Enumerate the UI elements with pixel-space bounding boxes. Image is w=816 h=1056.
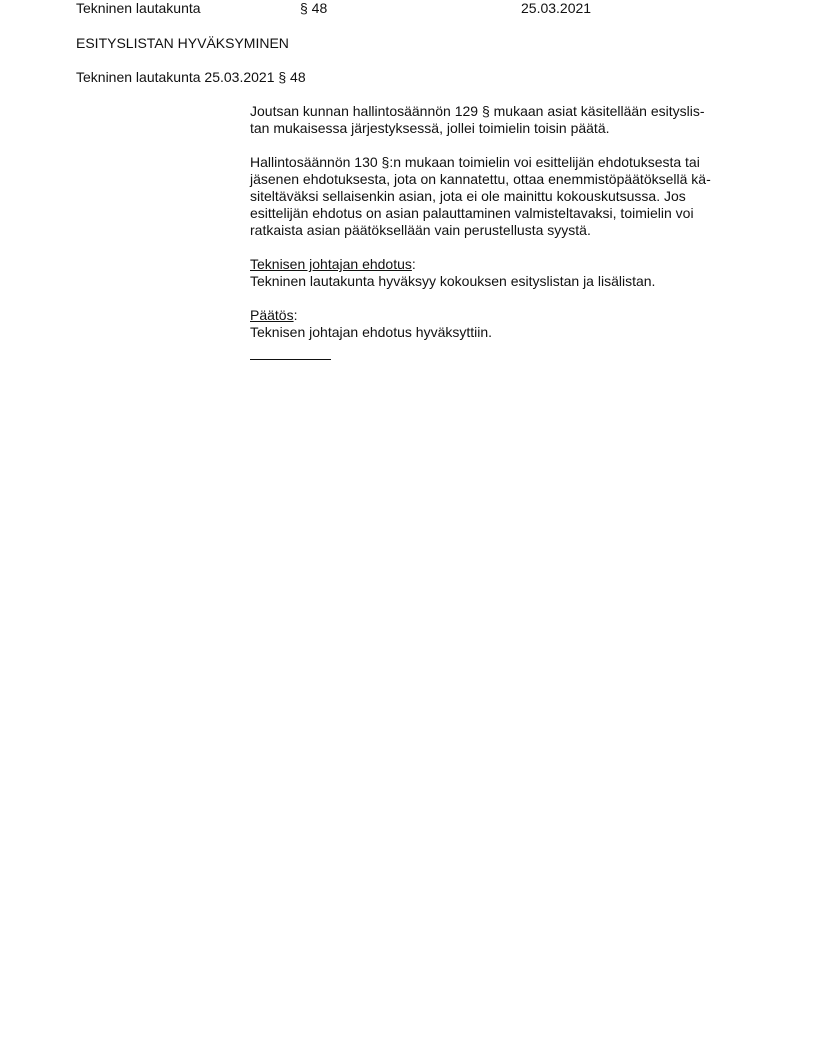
text-line: Joutsan kunnan hallintosäännön 129 § muk…	[250, 103, 750, 120]
paragraph-rules-130: Hallintosäännön 130 §:n mukaan toimielin…	[250, 154, 750, 239]
text-line: tan mukaisessa järjestyksessä, jollei to…	[250, 120, 750, 137]
text-line: ratkaista asian päätöksellään vain perus…	[250, 222, 750, 239]
decision-section: Päätös: Teknisen johtajan ehdotus hyväks…	[250, 307, 750, 341]
item-body: Joutsan kunnan hallintosäännön 129 § muk…	[250, 103, 750, 360]
text-line: Hallintosäännön 130 §:n mukaan toimielin…	[250, 154, 750, 171]
header-date: 25.03.2021	[521, 0, 591, 17]
text-line: jäsenen ehdotuksesta, jota on kannatettu…	[250, 171, 750, 188]
item-title: ESITYSLISTAN HYVÄKSYMINEN	[76, 35, 289, 52]
proposal-label: Teknisen johtajan ehdotus	[250, 256, 412, 272]
proposal-label-colon: :	[412, 256, 416, 272]
proposal-heading: Teknisen johtajan ehdotus:	[250, 256, 750, 273]
proposal-text: Tekninen lautakunta hyväksyy kokouksen e…	[250, 273, 750, 290]
text-line: esittelijän ehdotus on asian palauttamin…	[250, 205, 750, 222]
decision-heading: Päätös:	[250, 307, 750, 324]
header-committee: Tekninen lautakunta	[76, 0, 201, 17]
proposal-section: Teknisen johtajan ehdotus: Tekninen laut…	[250, 256, 750, 290]
paragraph-rules-129: Joutsan kunnan hallintosäännön 129 § muk…	[250, 103, 750, 137]
decision-label-colon: :	[294, 307, 298, 323]
text-line: siteltäväksi sellaisenkin asian, jota ei…	[250, 188, 750, 205]
decision-text: Teknisen johtajan ehdotus hyväksyttiin.	[250, 324, 750, 341]
end-divider	[250, 359, 331, 360]
header-section-number: § 48	[300, 0, 327, 17]
decision-label: Päätös	[250, 307, 294, 323]
item-reference: Tekninen lautakunta 25.03.2021 § 48	[76, 69, 306, 86]
